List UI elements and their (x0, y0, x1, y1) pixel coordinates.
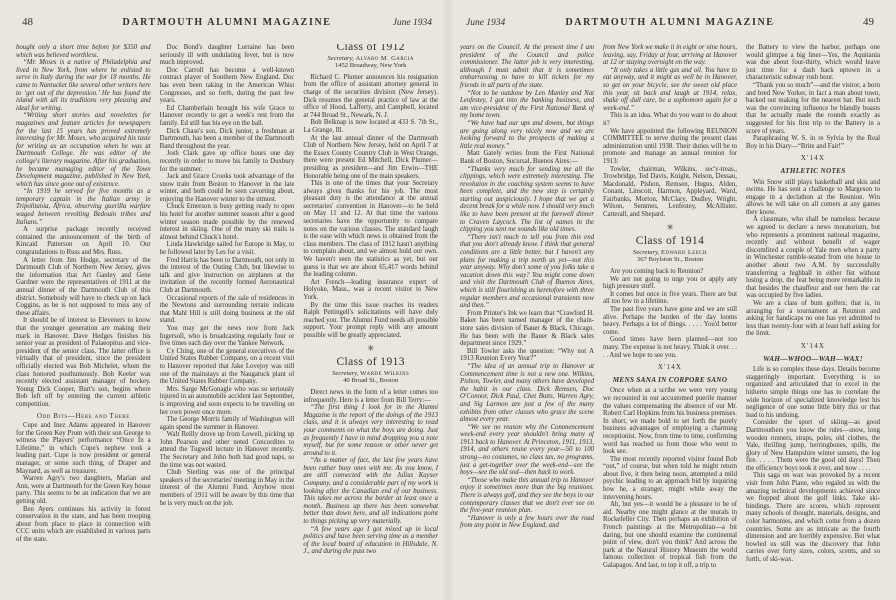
magazine-page-left: 48 DARTMOUTH ALUMNI MAGAZINE June 1934 b… (0, 0, 448, 600)
paragraph: Once when as a scribe we were very young… (603, 387, 737, 455)
class-year-divider: X'14X (603, 364, 737, 372)
paragraph: Life is so complex these days. Details b… (746, 366, 880, 419)
section-heading: Odd Bits—Here and There (16, 413, 151, 421)
text-column: from New York we make it in eight or nin… (603, 44, 737, 584)
paragraph: You may get the news now from Jack Inger… (160, 325, 295, 348)
paragraph: It should be of interest to Eleveners to… (16, 317, 151, 408)
text-column: Doc Bond's daughter Lorraine has been se… (160, 44, 295, 584)
paragraph: Occasional reports of the sale of reside… (160, 295, 295, 325)
secretary-line: Secretary, Warde Wilkins (303, 370, 438, 378)
secretary-name: Alvaro M. Garcia (355, 55, 413, 62)
paragraph: Are you coming back to Reunion? (603, 268, 737, 276)
page-number-right: 49 (863, 16, 874, 28)
text-column: Class of 1912Secretary, Alvaro M. Garcia… (303, 44, 438, 584)
paragraph-italic: “It only takes a little gas and oil. You… (603, 67, 737, 113)
paragraph-italic: “Mr. Moses is a native of Philadelphia a… (16, 59, 151, 112)
ornament-icon: ✳ (303, 346, 438, 354)
paragraph: A letter from Jim Hodge, secretary of th… (16, 257, 151, 318)
paragraph: Fred Harris has been to Dartmouth, not o… (160, 257, 295, 295)
secretary-line: Secretary, Edward Leech (603, 249, 737, 257)
subsection-heading: MENS SANA IN CORPORE SANO (603, 377, 737, 385)
paragraph: Towler, chairman, Wilkins, sec'y-treas.,… (603, 166, 737, 219)
paragraph: Richard C. Plumer announces his resignat… (303, 74, 438, 120)
paragraph: We are not going to urge you or apply an… (603, 276, 737, 291)
secretary-name: Warde Wilkins (360, 370, 409, 377)
class-year-divider: X'14X (746, 343, 880, 351)
paragraph: Chub Sterling was one of the principal s… (160, 469, 295, 507)
paragraph: The George Morris family of Washington w… (160, 416, 295, 431)
paragraph: the Battery to view the harbor, perhaps … (746, 44, 880, 82)
paragraph: Art French—leading insurance expert of H… (303, 279, 438, 302)
paragraph: Matt Gately writes from the First Nation… (460, 150, 594, 165)
paragraph: Mrs. Sarge McGonagle who was so seriousl… (160, 386, 295, 416)
secretary-line: Secretary, Alvaro M. Garcia (303, 55, 438, 63)
paragraph-italic: “In 1919 he served for five months as a … (16, 188, 151, 226)
subsection-heading: ATHLETIC NOTES (746, 168, 880, 176)
text-column: bought only a short time before for $350… (16, 44, 151, 584)
paragraph: We are a class of bum golfers; that is, … (746, 300, 880, 338)
paragraph: Win Snow still plays basketball and skis… (746, 179, 880, 217)
paragraph: Cupe and Inez Adams appeared in Hanover … (16, 422, 151, 475)
magazine-page-right: June 1934 DARTMOUTH ALUMNI MAGAZINE 49 y… (448, 0, 896, 600)
secretary-label: Secretary, (633, 249, 659, 256)
paragraph: Dick Chase's son, Dick junior, a freshma… (160, 128, 295, 151)
paragraph: Ed Chamberlain brought his wife Grace to… (160, 105, 295, 128)
paragraph-italic: “Writing short stories and novelettes fo… (16, 112, 151, 188)
class-year-divider: X'14X (746, 155, 880, 163)
class-heading: Class of 1914 (603, 238, 737, 246)
text-column: the Battery to view the harbor, perhaps … (746, 44, 880, 584)
paragraph-italic: “Not to be outdone by Len Manley and Nat… (460, 90, 594, 120)
paragraph: At the last annual dinner of the Dartmou… (303, 135, 438, 181)
paragraph: A surprise package recently received con… (16, 226, 151, 256)
secretary-label: Secretary, (327, 55, 353, 62)
paragraph: Ben Ayers continues his activity in fore… (16, 506, 151, 544)
class-heading: Class of 1913 (303, 359, 438, 367)
paragraph: Direct news in the form of a letter come… (303, 389, 438, 404)
paragraph: By the time this issue reaches its reade… (303, 302, 438, 340)
paragraph: “Thank you so much”—and the visitor, a b… (746, 82, 880, 135)
paragraph: This is an idea. What do you want to do … (603, 112, 737, 127)
paragraph: We have appointed the following REUNION … (603, 128, 737, 166)
paragraph: Jack and Grace Crooks took advantage of … (160, 173, 295, 203)
text-columns-left: bought only a short time before for $350… (16, 44, 438, 584)
magazine-spread: 48 DARTMOUTH ALUMNI MAGAZINE June 1934 b… (0, 0, 896, 600)
ornament-icon: ✳ (603, 225, 737, 233)
paragraph-italic: “The first thing I look for in the Alumn… (303, 404, 438, 457)
paragraph-italic: “Hanover is only a few hours over the ro… (460, 515, 594, 530)
paragraph: It comes but once in five years. There a… (603, 291, 737, 306)
page-number-left: 48 (22, 16, 33, 28)
paragraph-italic: “A few years ago I got mixed up in local… (303, 526, 438, 556)
secretary-name: Edward Leech (661, 249, 707, 256)
paragraph: From Printer's Ink we learn that “Crawfo… (460, 310, 594, 348)
paragraph: This is one of the times that your Secre… (303, 180, 438, 279)
paragraph-italic: “The idea of an annual trip to Hanover a… (460, 363, 594, 424)
paragraph-italic: from New York we make it in eight or nin… (603, 44, 737, 67)
paragraph: Warren Agry's two daughters, Marian and … (16, 475, 151, 505)
paragraph: Walt Reilly drove up from Lowell, pickin… (160, 431, 295, 469)
paragraph: The past five years have gone and we are… (603, 306, 737, 336)
paragraph-italic: “We see no reason why the Commencement w… (460, 424, 594, 477)
paragraph: Josh Clark gave up office hours one day … (160, 150, 295, 173)
paragraph: A classmate, who shall be nameless becau… (746, 216, 880, 300)
page-header-left: 48 DARTMOUTH ALUMNI MAGAZINE June 1934 (22, 16, 432, 28)
paragraph: The most recently reported visitor found… (603, 456, 737, 502)
paragraph: Bill Towler asks the question: “Why not … (460, 348, 594, 363)
paragraph-italic: “We have had our ups and downs, but thin… (460, 120, 594, 150)
secretary-address: 367 Boylston St., Boston (603, 256, 737, 264)
secretary-address: 1452 Broadway, New York (303, 62, 438, 70)
text-column: years on the Council. At the present tim… (460, 44, 594, 584)
paragraph-italic: “Those who make this annual trip to Hano… (460, 477, 594, 515)
paragraph: Paraphrasing W. S. in re Sylvia by the R… (746, 135, 880, 150)
paragraph: Doc Bond's daughter Lorraine has been se… (160, 44, 295, 67)
paragraph: Cy Ching, one of the general executives … (160, 348, 295, 386)
paragraph-italic: bought only a short time before for $350… (16, 44, 151, 59)
class-heading: Class of 1912 (303, 44, 438, 52)
paragraph-italic: years on the Council. At the present tim… (460, 44, 594, 90)
paragraph-italic: “There isn't much to tell you from this … (460, 234, 594, 310)
paragraph: Linda Hawkridge sailed for Europe in May… (160, 241, 295, 256)
paragraph: Chuck Emerson is busy getting ready to o… (160, 203, 295, 241)
magazine-title: DARTMOUTH ALUMNI MAGAZINE (565, 17, 774, 28)
text-columns-right: years on the Council. At the present tim… (460, 44, 880, 584)
paragraph: Bob Belknap is now located at 433 S. 7th… (303, 119, 438, 134)
subsection-heading: WAH—WHOO—WAH—WAX! (746, 356, 880, 364)
issue-date: June 1934 (466, 18, 505, 28)
paragraph-italic: “Thanks very much for sending me all the… (460, 166, 594, 234)
page-header-right: June 1934 DARTMOUTH ALUMNI MAGAZINE 49 (466, 16, 874, 28)
paragraph: Doc Carroll has become a well-known cont… (160, 67, 295, 105)
paragraph: This saga on wax was provoked by a recen… (746, 472, 880, 563)
issue-date: June 1934 (393, 18, 432, 28)
secretary-label: Secretary, (332, 370, 358, 377)
paragraph: Ah, but yes—it would be a pleasure to be… (603, 501, 737, 569)
paragraph: Good times have been planned—not too man… (603, 336, 737, 359)
paragraph-italic: “As a matter of fact, the last few years… (303, 457, 438, 525)
secretary-address: 40 Broad St., Boston (303, 377, 438, 385)
magazine-title: DARTMOUTH ALUMNI MAGAZINE (122, 17, 331, 28)
paragraph: Consider the sport of skiing—as good Dar… (746, 419, 880, 472)
